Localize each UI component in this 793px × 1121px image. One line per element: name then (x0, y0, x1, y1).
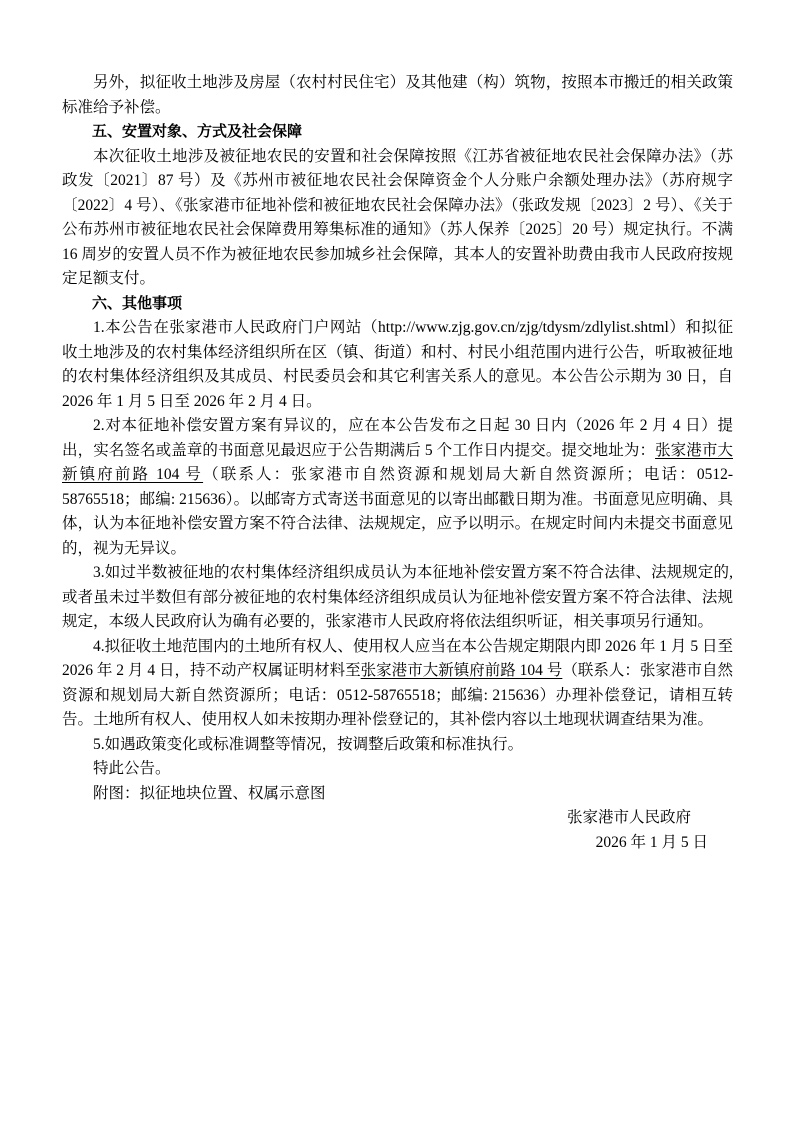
signature-line: 张家港市人民政府 (62, 806, 733, 831)
doc-paragraph: 本次征收土地涉及被征地农民的安置和社会保障按照《江苏省被征地农民社会保障办法》（… (62, 145, 733, 292)
text-segment: 张家港市人民政府 (567, 809, 691, 826)
doc-paragraph: 4.拟征收土地范围内的土地所有权人、使用权人应当在本公告规定期限内即 2026 … (62, 635, 733, 733)
text-segment: 附图：拟征地块位置、权属示意图 (93, 785, 326, 802)
text-segment: 3.如过半数被征地的农村集体经济组织成员认为本征地补偿安置方案不符合法律、法规规… (62, 564, 733, 630)
underlined-address: 张家港市大新镇府前路 104 号 (361, 662, 563, 679)
date-line: 2026 年 1 月 5 日 (62, 831, 733, 856)
text-segment: 1.本公告在张家港市人民政府门户网站（http://www.zjg.gov.cn… (62, 319, 733, 410)
document-body: 另外，拟征收土地涉及房屋（农村村民住宅）及其他建（构）筑物，按照本市搬迁的相关政… (62, 71, 733, 855)
section-heading: 六、其他事项 (62, 292, 733, 317)
doc-paragraph: 3.如过半数被征地的农村集体经济组织成员认为本征地补偿安置方案不符合法律、法规规… (62, 561, 733, 635)
doc-paragraph: 5.如遇政策变化或标准调整等情况，按调整后政策和标准执行。 (62, 733, 733, 758)
text-segment: 2.对本征地补偿安置方案有异议的，应在本公告发布之日起 30 日内（2026 年… (62, 417, 733, 459)
text-segment: 5.如遇政策变化或标准调整等情况，按调整后政策和标准执行。 (93, 736, 523, 753)
announcement-page: 另外，拟征收土地涉及房屋（农村村民住宅）及其他建（构）筑物，按照本市搬迁的相关政… (0, 0, 793, 1121)
text-segment: 特此公告。 (93, 760, 171, 777)
doc-paragraph: 特此公告。 (62, 757, 733, 782)
text-segment: 另外，拟征收土地涉及房屋（农村村民住宅）及其他建（构）筑物，按照本市搬迁的相关政… (62, 74, 733, 116)
doc-paragraph: 另外，拟征收土地涉及房屋（农村村民住宅）及其他建（构）筑物，按照本市搬迁的相关政… (62, 71, 733, 120)
doc-paragraph: 1.本公告在张家港市人民政府门户网站（http://www.zjg.gov.cn… (62, 316, 733, 414)
doc-paragraph: 附图：拟征地块位置、权属示意图 (62, 782, 733, 807)
doc-paragraph: 2.对本征地补偿安置方案有异议的，应在本公告发布之日起 30 日内（2026 年… (62, 414, 733, 561)
text-segment: 五、安置对象、方式及社会保障 (92, 123, 302, 140)
text-segment: 2026 年 1 月 5 日 (596, 834, 708, 851)
text-segment: 本次征收土地涉及被征地农民的安置和社会保障按照《江苏省被征地农民社会保障办法》（… (62, 148, 733, 288)
text-segment: 六、其他事项 (92, 295, 182, 312)
section-heading: 五、安置对象、方式及社会保障 (62, 120, 733, 145)
